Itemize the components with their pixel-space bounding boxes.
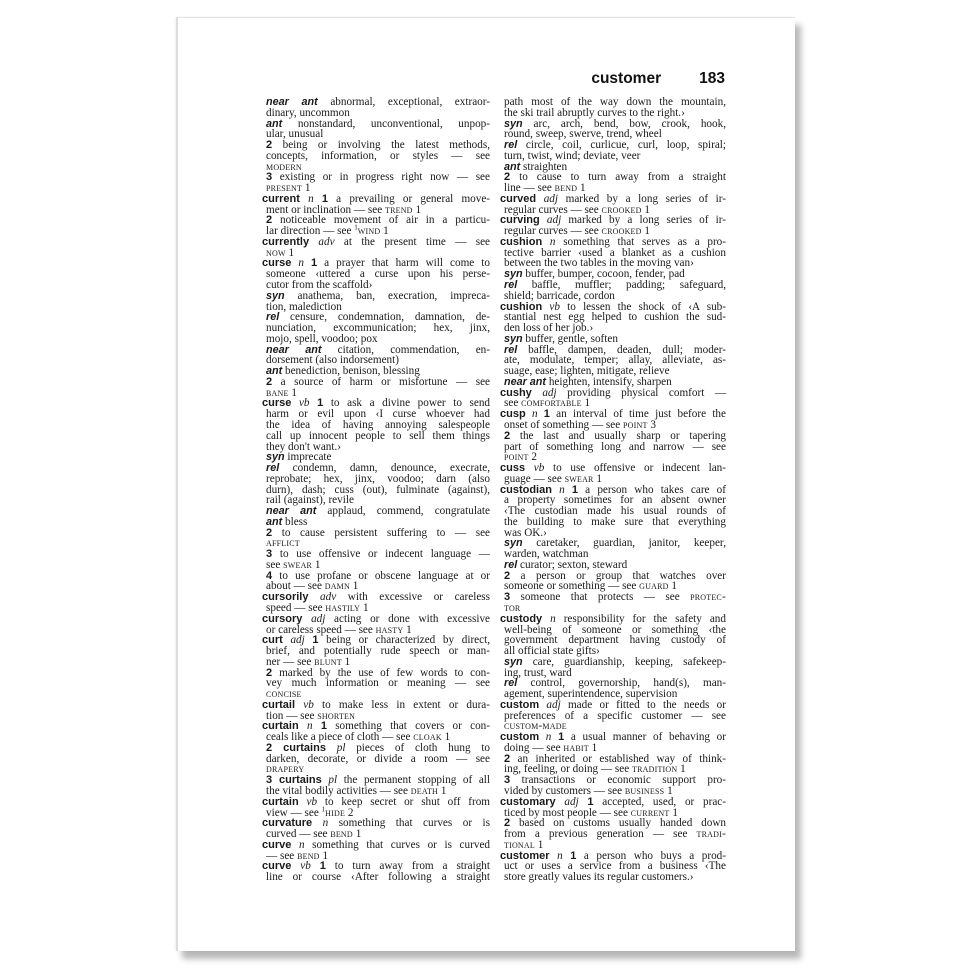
example-italic: curse bbox=[375, 268, 399, 280]
text: applaud, commend, congratulate bbox=[316, 505, 490, 517]
text: something that curves or is curved bbox=[305, 839, 490, 851]
part-of-speech: adv bbox=[318, 236, 334, 248]
text-line: currently adv at the present time — see bbox=[262, 237, 490, 248]
example-italic: customers. bbox=[642, 871, 690, 883]
text: line or course ‹After following a straig… bbox=[266, 871, 490, 883]
text-line: line or course ‹After following a straig… bbox=[262, 872, 490, 883]
text: part of something long and narrow — see bbox=[504, 441, 726, 453]
page-number: 183 bbox=[699, 70, 725, 88]
cross-reference: PROTEC- bbox=[690, 591, 726, 603]
text: store greatly values its regular bbox=[504, 871, 642, 883]
cross-reference: TRADI- bbox=[697, 828, 726, 840]
text-line: 3 someone that protects — see PROTEC- bbox=[500, 592, 726, 603]
text-line: store greatly values its regular custome… bbox=[500, 872, 726, 883]
right-column: path most of the way down the mountain,t… bbox=[500, 97, 726, 883]
text: of bbox=[706, 634, 726, 646]
example-italic: cushion bbox=[644, 311, 679, 323]
example-italic: custody bbox=[671, 634, 706, 646]
text: a source of harm or misfortune — see bbox=[272, 376, 490, 388]
text: › bbox=[690, 871, 694, 883]
left-column: near ant abnormal, exceptional, extraor-… bbox=[262, 97, 490, 883]
example-italic: cushion bbox=[691, 247, 726, 259]
running-head: customer 183 bbox=[500, 70, 725, 88]
guide-word: customer bbox=[591, 70, 661, 88]
text: at the present time — see bbox=[335, 236, 490, 248]
text: someone that protects — see bbox=[510, 591, 690, 603]
text: to cause persistent suffering to — see bbox=[272, 527, 490, 539]
text: the sud- bbox=[679, 311, 726, 323]
text: upon his perse- bbox=[398, 268, 490, 280]
